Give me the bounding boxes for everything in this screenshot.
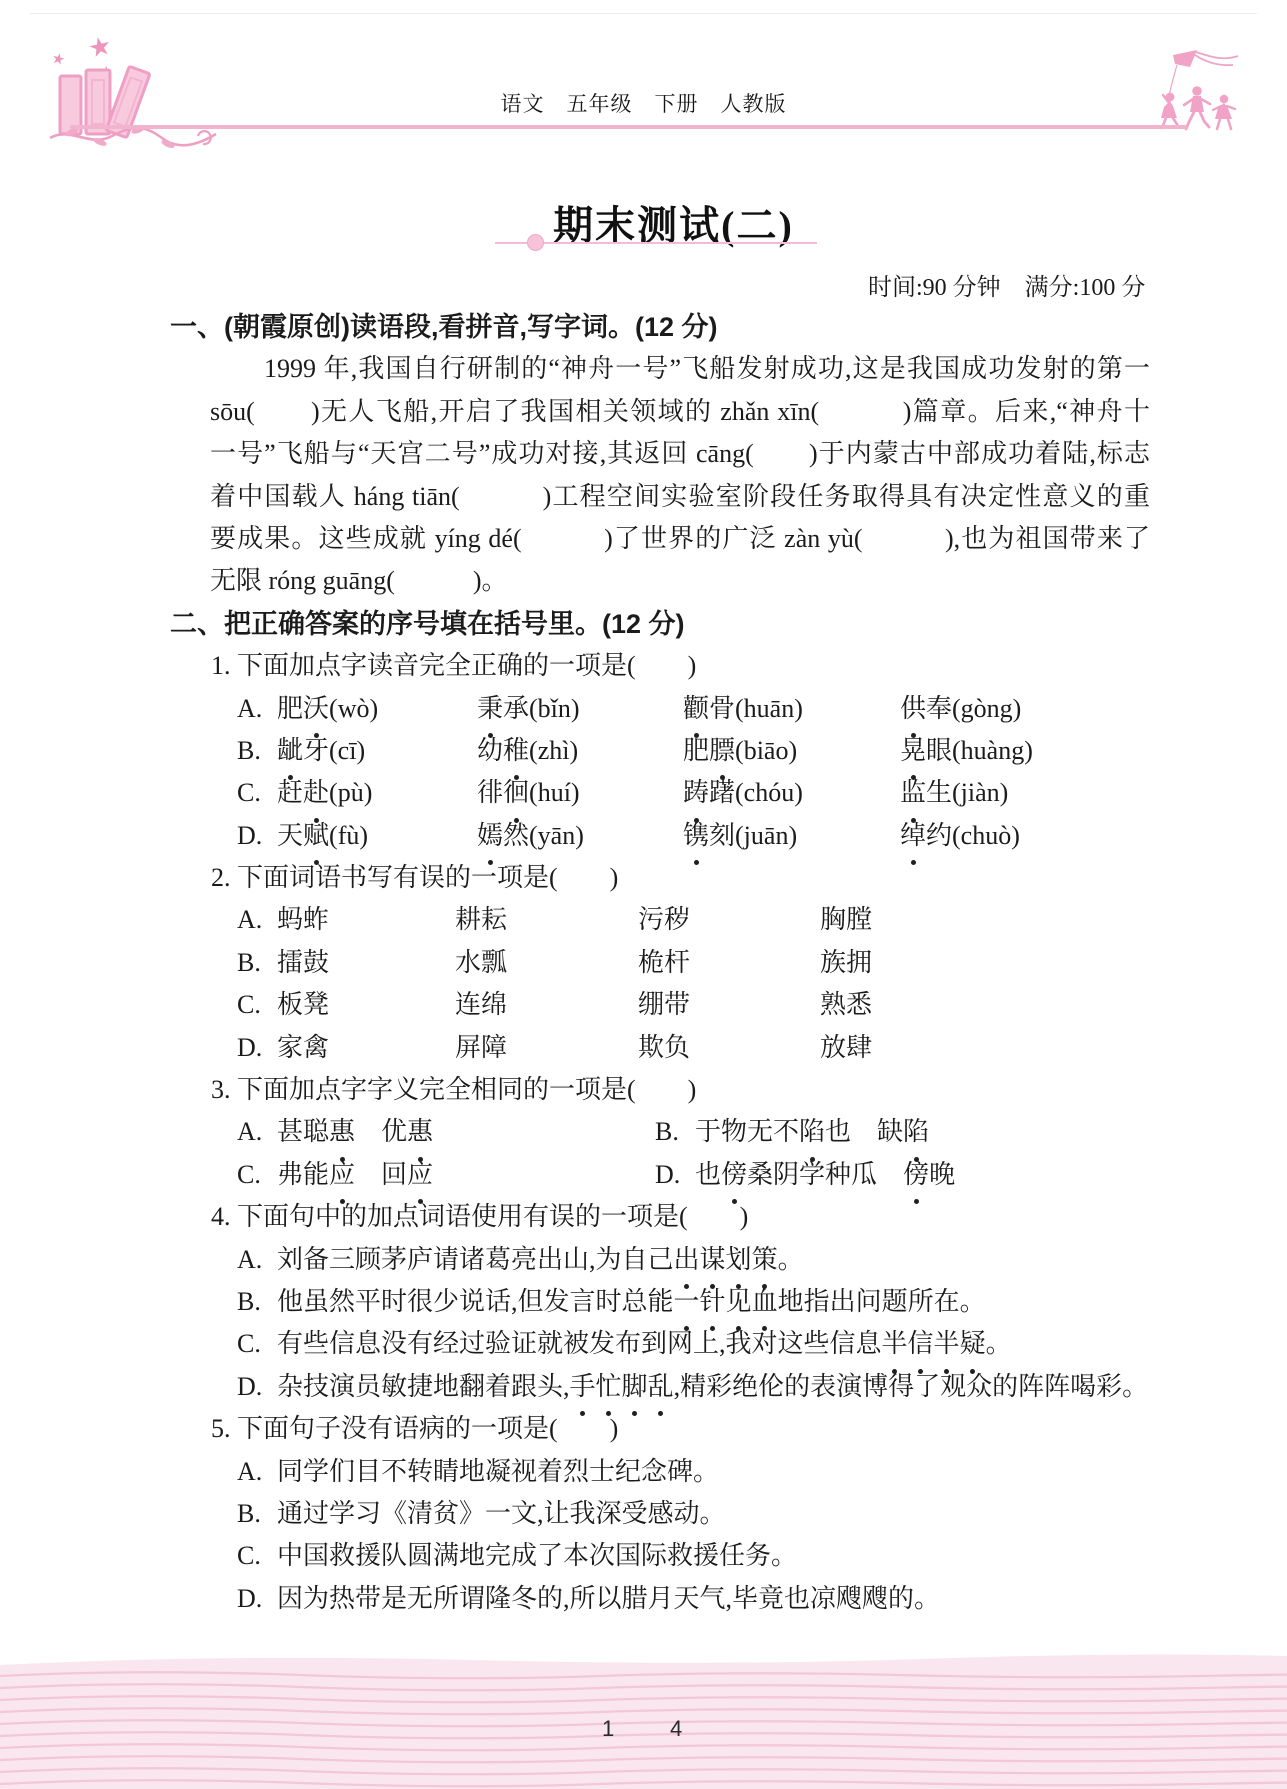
svg-text:★: ★	[50, 50, 67, 69]
option-cell: 绰约(chuò)	[900, 815, 1020, 857]
option-cell: 甚聪惠 优惠	[277, 1111, 655, 1153]
option-row: B.擂鼓水瓢桅杆族拥	[170, 942, 1150, 984]
option-label: A.	[237, 899, 277, 941]
option-cell: 水瓢	[455, 942, 638, 984]
paragraph-line: 1999 年,我国自行研制的“神舟一号”飞船发射成功,这是我国成功发射的第一	[170, 348, 1150, 390]
option-label: A.	[237, 1111, 277, 1153]
option-row: A.蚂蚱耕耘污秽胸膛	[170, 899, 1150, 941]
option-label: D.	[655, 1154, 695, 1196]
test-body: 一、(朝霞原创)读语段,看拼音,写字词。(12 分) 1999 年,我国自行研制…	[170, 306, 1150, 1620]
option-row: C.板凳连绵绷带熟悉	[170, 984, 1150, 1026]
option-cell: 监生(jiàn)	[900, 772, 1008, 814]
option-label: D.	[237, 1027, 277, 1069]
page-edge	[30, 13, 1257, 14]
footer-page-number: 1	[602, 1716, 614, 1742]
svg-text:★: ★	[86, 31, 115, 64]
option-label: D.	[237, 1578, 277, 1620]
option-row: A.肥沃(wò)秉承(bǐn)颧骨(huān)供奉(gòng)	[170, 688, 1150, 730]
option-cell: 放肆	[820, 1027, 872, 1069]
option-cell: 幼稚(zhì)	[477, 730, 683, 772]
option-cell: 绷带	[638, 984, 820, 1026]
section-two-heading: 二、把正确答案的序号填在括号里。(12 分)	[170, 603, 1150, 645]
option-sentence: 杂技演员敏捷地翻着跟头,手忙脚乱,精彩绝伦的表演博得了观众的阵阵喝彩。	[277, 1366, 1148, 1408]
option-cell: 嫣然(yān)	[477, 815, 683, 857]
option-cell: 家禽	[277, 1027, 455, 1069]
option-row: C.中国救援队圆满地完成了本次国际救援任务。	[170, 1535, 1150, 1577]
option-label: A.	[237, 688, 277, 730]
footer-page-number: 4	[670, 1716, 682, 1742]
option-row: D.天赋(fù)嫣然(yān)镌刻(juān)绰约(chuò)	[170, 815, 1150, 857]
option-sentence: 因为热带是无所谓隆冬的,所以腊月天气,毕竟也凉飕飕的。	[277, 1578, 940, 1620]
option-cell: 欺负	[638, 1027, 820, 1069]
option-sentence: 同学们目不转睛地凝视着烈士纪念碑。	[277, 1451, 719, 1493]
option-sentence: 通过学习《清贫》一文,让我深受感动。	[277, 1493, 726, 1535]
option-cell: 桅杆	[638, 942, 820, 984]
option-label: B.	[655, 1111, 695, 1153]
option-cell: 熟悉	[820, 984, 872, 1026]
option-row: C.赶赴(pù)徘徊(huí)踌躇(chóu)监生(jiàn)	[170, 772, 1150, 814]
option-cell: 龇牙(cī)	[277, 730, 477, 772]
option-row: D.家禽屏障欺负放肆	[170, 1027, 1150, 1069]
option-label: C.	[237, 1323, 277, 1365]
option-cell: 供奉(gòng)	[900, 688, 1021, 730]
option-label: B.	[237, 1493, 277, 1535]
option-row: B.他虽然平时很少说话,但发言时总能一针见血地指出问题所在。	[170, 1281, 1150, 1323]
option-label: B.	[237, 730, 277, 772]
option-cell: 镌刻(juān)	[683, 815, 900, 857]
option-row: C.有些信息没有经过验证就被发布到网上,我对这些信息半信半疑。	[170, 1323, 1150, 1365]
footer-wave-band	[0, 1649, 1287, 1789]
paragraph-line: 一号”飞船与“天宫二号”成功对接,其返回 cāng( )于内蒙古中部成功着陆,标…	[170, 433, 1150, 475]
option-cell: 肥沃(wò)	[277, 688, 477, 730]
option-cell: 屏障	[455, 1027, 638, 1069]
option-row: B.通过学习《清贫》一文,让我深受感动。	[170, 1493, 1150, 1535]
option-cell: 秉承(bǐn)	[477, 688, 683, 730]
option-label: B.	[237, 1281, 277, 1323]
option-row: D.杂技演员敏捷地翻着跟头,手忙脚乱,精彩绝伦的表演博得了观众的阵阵喝彩。	[170, 1366, 1150, 1408]
paragraph-line: 着中国载人 háng tiān( )工程空间实验室阶段任务取得具有决定性意义的重	[170, 476, 1150, 518]
option-row: A.同学们目不转睛地凝视着烈士纪念碑。	[170, 1451, 1150, 1493]
option-cell: 蚂蚱	[277, 899, 455, 941]
option-cell: 弗能应 回应	[277, 1154, 655, 1196]
option-cell: 连绵	[455, 984, 638, 1026]
time-score-meta: 时间:90 分钟 满分:100 分	[868, 267, 1145, 302]
option-row: A.刘备三顾茅庐请诸葛亮出山,为自己出谋划策。	[170, 1239, 1150, 1281]
option-cell: 天赋(fù)	[277, 815, 477, 857]
paragraph-line: 无限 róng guāng( )。	[170, 560, 1150, 602]
option-cell: 擂鼓	[277, 942, 455, 984]
option-cell: 于物无不陷也 缺陷	[695, 1111, 929, 1153]
option-cell: 徘徊(huí)	[477, 772, 683, 814]
header-rule	[70, 125, 1187, 129]
option-label: D.	[237, 1366, 277, 1408]
question-1-stem: 1. 下面加点字读音完全正确的一项是( )	[170, 645, 1150, 687]
option-label: C.	[237, 1535, 277, 1577]
option-label: C.	[237, 1154, 277, 1196]
section-one-heading: 一、(朝霞原创)读语段,看拼音,写字词。(12 分)	[170, 306, 1150, 348]
option-row: A.甚聪惠 优惠B.于物无不陷也 缺陷	[170, 1111, 1150, 1153]
option-cell: 踌躇(chóu)	[683, 772, 900, 814]
option-row: D.因为热带是无所谓隆冬的,所以腊月天气,毕竟也凉飕飕的。	[170, 1578, 1150, 1620]
question-3-stem: 3. 下面加点字字义完全相同的一项是( )	[170, 1069, 1150, 1111]
option-cell: 颧骨(huān)	[683, 688, 900, 730]
option-cell: 赶赴(pù)	[277, 772, 477, 814]
option-sentence: 他虽然平时很少说话,但发言时总能一针见血地指出问题所在。	[277, 1281, 986, 1323]
option-label: A.	[237, 1239, 277, 1281]
question-4-stem: 4. 下面句中的加点词语使用有误的一项是( )	[170, 1196, 1150, 1238]
option-label: B.	[237, 942, 277, 984]
option-cell: 污秽	[638, 899, 820, 941]
option-label: C.	[237, 984, 277, 1026]
option-sentence: 中国救援队圆满地完成了本次国际救援任务。	[277, 1535, 797, 1577]
option-cell: 耕耘	[455, 899, 638, 941]
option-cell: 也傍桑阴学种瓜 傍晚	[695, 1154, 955, 1196]
option-sentence: 刘备三顾茅庐请诸葛亮出山,为自己出谋划策。	[277, 1239, 804, 1281]
option-sentence: 有些信息没有经过验证就被发布到网上,我对这些信息半信半疑。	[277, 1323, 1012, 1365]
option-cell: 肥膘(biāo)	[683, 730, 900, 772]
option-cell: 晃眼(huàng)	[900, 730, 1033, 772]
option-cell: 板凳	[277, 984, 455, 1026]
course-line: 语文 五年级 下册 人教版	[0, 88, 1287, 118]
option-cell: 族拥	[820, 942, 872, 984]
option-label: D.	[237, 815, 277, 857]
option-cell: 胸膛	[820, 899, 872, 941]
option-row: C.弗能应 回应D.也傍桑阴学种瓜 傍晚	[170, 1154, 1150, 1196]
option-label: A.	[237, 1451, 277, 1493]
pink-dot-icon	[527, 234, 544, 251]
paragraph-line: 要成果。这些成就 yíng dé( )了世界的广泛 zàn yù( ),也为祖国…	[170, 518, 1150, 560]
paragraph-line: sōu( )无人飞船,开启了我国相关领域的 zhǎn xīn( )篇章。后来,“…	[170, 391, 1150, 433]
option-label: C.	[237, 772, 277, 814]
